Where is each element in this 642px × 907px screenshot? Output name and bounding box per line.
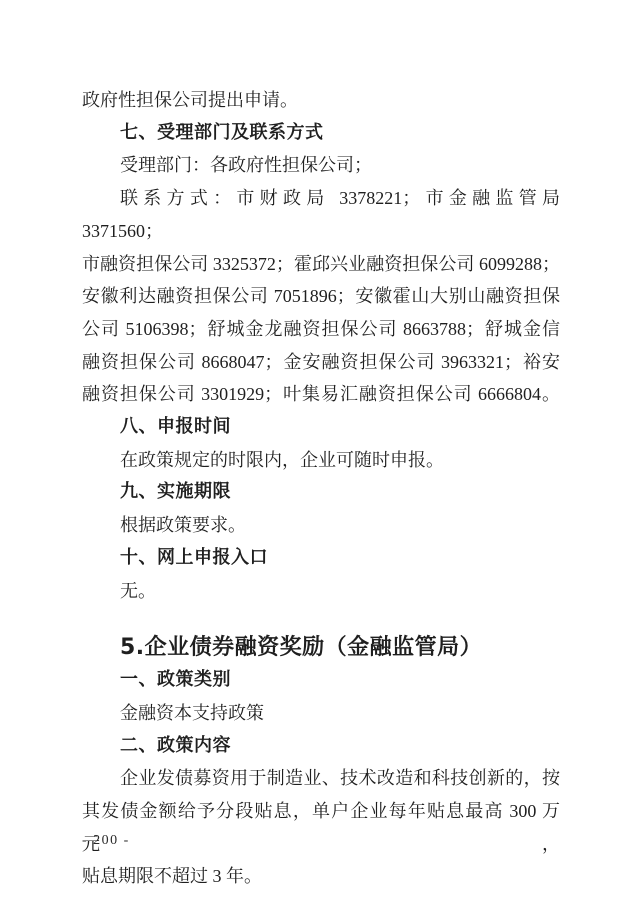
page-number: - 200 -	[82, 833, 130, 849]
document-page: 政府性担保公司提出申请。 七、受理部门及联系方式 受理部门：各政府性担保公司； …	[0, 0, 642, 907]
body-line-policy-content-1: 企业发债募资用于制造业、技术改造和科技创新的，按	[82, 762, 560, 795]
body-line-contacts-5: 融资担保公司 8668047；金安融资担保公司 3963321；裕安	[82, 346, 560, 379]
body-line-period: 根据政策要求。	[82, 509, 560, 542]
body-line-contacts-3: 安徽利达融资担保公司 7051896；安徽霍山大别山融资担保	[82, 280, 560, 313]
body-line-policy-content-3: 贴息期限不超过 3 年。	[82, 860, 560, 893]
body-line-contacts-1: 联系方式：市财政局 3378221；市金融监管局 3371560；	[82, 182, 560, 247]
section-heading-10-portal: 十、网上申报入口	[82, 542, 560, 575]
body-line-policy-content-2: 其发债金额给予分段贴息，单户企业每年贴息最高 300 万元，	[82, 795, 560, 860]
body-line-contacts-6: 融资担保公司 3301929；叶集易汇融资担保公司 6666804。	[82, 378, 560, 411]
body-line-contacts-4: 公司 5106398；舒城金龙融资担保公司 8663788；舒城金信	[82, 313, 560, 346]
body-line-category: 金融资本支持政策	[82, 697, 560, 730]
body-line-accepting-department: 受理部门：各政府性担保公司；	[82, 149, 560, 182]
section-heading-2-content: 二、政策内容	[82, 730, 560, 763]
section-heading-7-contact: 七、受理部门及联系方式	[82, 117, 560, 150]
page-content: 政府性担保公司提出申请。 七、受理部门及联系方式 受理部门：各政府性担保公司； …	[82, 84, 560, 893]
body-line-continuation: 政府性担保公司提出申请。	[82, 84, 560, 117]
body-line-apply-time: 在政策规定的时限内，企业可随时申报。	[82, 444, 560, 477]
policy-title-bond-financing: 5.企业债券融资奖励（金融监管局）	[82, 631, 560, 664]
section-heading-1-category: 一、政策类别	[82, 664, 560, 697]
section-heading-8-apply-time: 八、申报时间	[82, 411, 560, 444]
section-heading-9-period: 九、实施期限	[82, 476, 560, 509]
body-line-portal-none: 无。	[82, 575, 560, 608]
body-line-contacts-2: 市融资担保公司 3325372；霍邱兴业融资担保公司 6099288；	[82, 248, 560, 281]
